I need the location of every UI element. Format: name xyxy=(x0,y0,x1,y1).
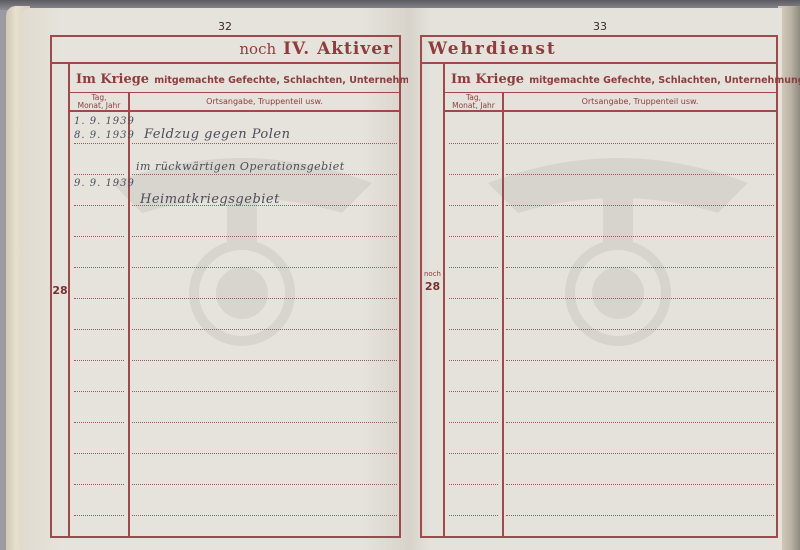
row-line xyxy=(132,515,397,516)
left-page: 32 noch IV. Aktiver 28 Im Kriege mitgema… xyxy=(22,8,408,550)
row-line xyxy=(132,422,397,423)
page-title: noch IV. Aktiver xyxy=(239,39,393,59)
row-line xyxy=(506,329,774,330)
row-line xyxy=(74,236,124,237)
row-line xyxy=(449,484,498,485)
date-column-header: Tag, Monat, Jahr xyxy=(445,93,504,110)
row-line xyxy=(449,267,498,268)
row-line xyxy=(506,298,774,299)
margin-column: noch 28 xyxy=(422,64,445,536)
entry-date: 8. 9. 1939 xyxy=(74,130,135,141)
margin-prefix: noch xyxy=(422,270,443,278)
page-title: Wehrdienst xyxy=(428,39,557,59)
row-line xyxy=(449,143,498,144)
row-line xyxy=(506,205,774,206)
column-headers: Tag, Monat, Jahr Ortsangabe, Truppenteil… xyxy=(445,93,776,112)
section-heading: Im Kriege mitgemachte Gefechte, Schlacht… xyxy=(70,64,399,93)
date-column-divider xyxy=(128,112,130,536)
row-line xyxy=(449,329,498,330)
row-line xyxy=(506,453,774,454)
row-line xyxy=(506,143,774,144)
right-form-frame: Wehrdienst noch 28 Im Kriege mitgemachte… xyxy=(420,35,778,538)
row-line xyxy=(506,515,774,516)
row-line xyxy=(506,391,774,392)
section-heading: Im Kriege mitgemachte Gefechte, Schlacht… xyxy=(445,64,776,93)
row-line xyxy=(449,515,498,516)
row-line xyxy=(506,174,774,175)
row-line xyxy=(132,267,397,268)
row-line xyxy=(74,174,124,175)
row-line xyxy=(132,329,397,330)
entry-date: 9. 9. 1939 xyxy=(74,178,135,189)
row-line xyxy=(132,298,397,299)
row-line xyxy=(506,422,774,423)
left-form-frame: noch IV. Aktiver 28 Im Kriege mitgemacht… xyxy=(50,35,401,538)
row-line xyxy=(449,360,498,361)
date-column-header: Tag, Monat, Jahr xyxy=(70,93,130,110)
row-line xyxy=(74,329,124,330)
row-line xyxy=(449,391,498,392)
title-band: noch IV. Aktiver xyxy=(52,37,399,64)
row-line xyxy=(132,484,397,485)
row-line xyxy=(74,298,124,299)
row-line xyxy=(506,484,774,485)
row-line xyxy=(74,205,124,206)
row-line xyxy=(449,205,498,206)
page-number: 33 xyxy=(580,20,620,33)
row-line xyxy=(74,143,124,144)
entry-text: Feldzug gegen Polen xyxy=(144,127,290,142)
row-line xyxy=(132,205,397,206)
entry-grid: 1. 9. 1939 8. 9. 1939 Feldzug gegen Pole… xyxy=(70,112,399,536)
row-line xyxy=(506,236,774,237)
row-line xyxy=(506,360,774,361)
row-line xyxy=(74,391,124,392)
right-page: 33 Wehrdienst noch 28 Im Kriege mitgemac… xyxy=(408,8,782,550)
margin-number: 28 xyxy=(422,280,443,293)
margin-number: 28 xyxy=(52,284,68,297)
row-line xyxy=(449,422,498,423)
row-line xyxy=(449,298,498,299)
entry-text: im rückwärtigen Operationsgebiet xyxy=(136,160,345,173)
title-band: Wehrdienst xyxy=(422,37,776,64)
row-line xyxy=(74,515,124,516)
row-line xyxy=(74,422,124,423)
row-line xyxy=(74,267,124,268)
row-line xyxy=(74,453,124,454)
row-line xyxy=(132,360,397,361)
row-line xyxy=(449,174,498,175)
row-line xyxy=(132,391,397,392)
date-column-divider xyxy=(502,112,504,536)
row-line xyxy=(132,236,397,237)
margin-column: 28 xyxy=(52,64,70,536)
entry-grid xyxy=(445,112,776,536)
entry-date: 1. 9. 1939 xyxy=(74,116,135,127)
row-line xyxy=(506,267,774,268)
place-column-header: Ortsangabe, Truppenteil usw. xyxy=(130,93,399,110)
row-line xyxy=(132,143,397,144)
row-line xyxy=(132,174,397,175)
row-line xyxy=(74,484,124,485)
page-number: 32 xyxy=(205,20,245,33)
column-headers: Tag, Monat, Jahr Ortsangabe, Truppenteil… xyxy=(70,93,399,112)
place-column-header: Ortsangabe, Truppenteil usw. xyxy=(504,93,776,110)
row-line xyxy=(449,236,498,237)
row-line xyxy=(132,453,397,454)
row-line xyxy=(74,360,124,361)
row-line xyxy=(449,453,498,454)
